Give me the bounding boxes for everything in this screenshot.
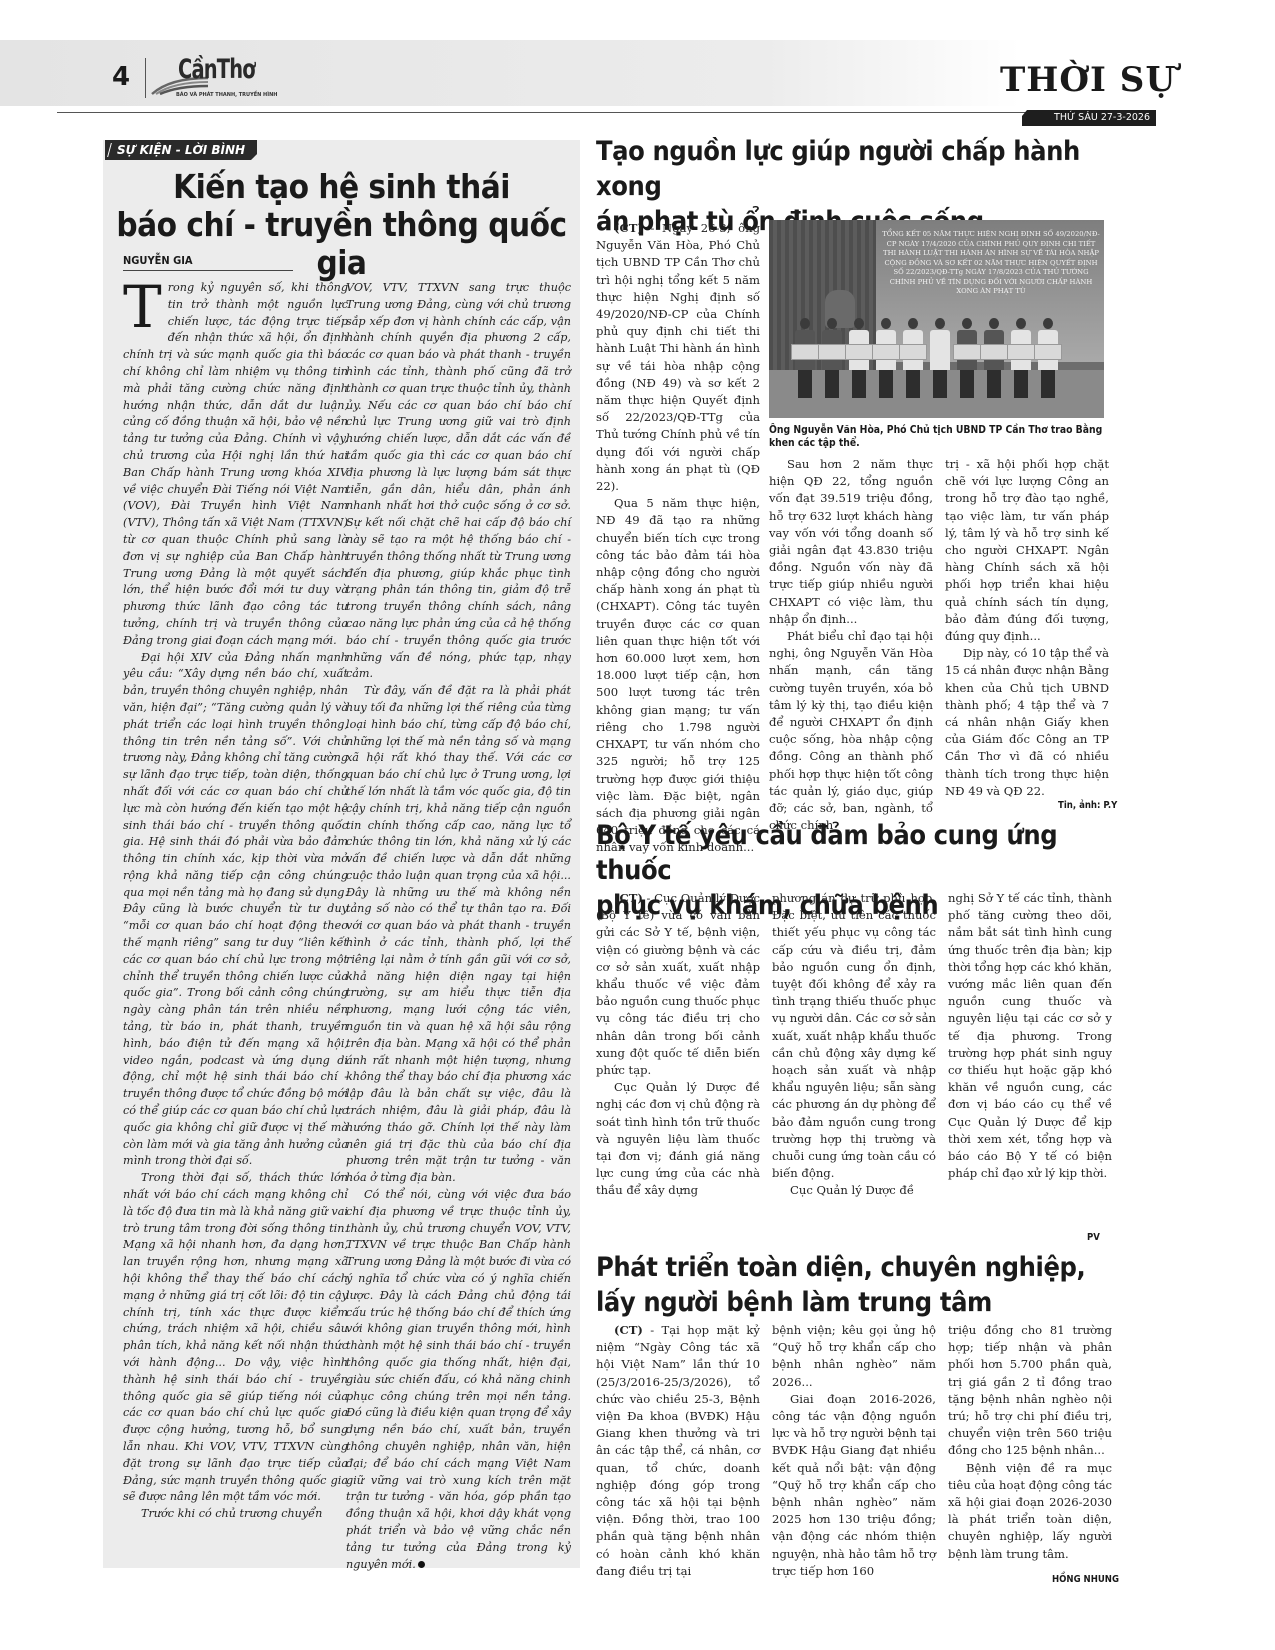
paragraph: Từ đây, vấn đề đặt ra là phải phát huy t… [346, 683, 571, 1187]
article-2-column-2: phương án dự trữ phù hợp. Đặc biệt, ưu t… [772, 890, 936, 1200]
photo-banner-text: TỔNG KẾT 05 NĂM THỰC HIỆN NGHỊ ĐỊNH SỐ 4… [881, 230, 1101, 297]
article-1-column-3: trị - xã hội phối hợp chặt chẽ với lực l… [945, 456, 1109, 800]
photo-person [822, 318, 842, 398]
date-badge: THỨ SÁU 27-3-2026 [1022, 110, 1156, 126]
photo-person [849, 318, 869, 398]
paragraph: (CT) - Ngày 26-3, ông Nguyễn Văn Hòa, Ph… [596, 220, 760, 495]
paragraph: Trước khi có chủ trương chuyển [123, 1506, 348, 1523]
photo-person [795, 318, 815, 398]
drop-cap: T [123, 283, 162, 331]
article-1-column-2: Sau hơn 2 năm thực hiện QĐ 22, tổng nguồ… [769, 456, 933, 834]
paragraph: (CT) - Cục Quản lý Dược (Bộ Y tế) vừa có… [596, 890, 760, 1079]
article-1-credit: Tin, ảnh: P.Y [1058, 800, 1117, 811]
photo-person [1038, 318, 1058, 398]
paragraph: Cục Quản lý Dược đề nghị các đơn vị chủ … [596, 1079, 760, 1199]
photo-person [984, 318, 1004, 398]
article-2-column-1: (CT) - Cục Quản lý Dược (Bộ Y tế) vừa có… [596, 890, 760, 1200]
logo-text: CầnThơ [178, 54, 255, 85]
header-rule [57, 112, 1117, 113]
header-divider [145, 58, 146, 98]
byline: NGUYỄN GIA [123, 254, 193, 267]
end-mark-icon [418, 1561, 425, 1568]
editorial-title-line-1: Kiến tạo hệ sinh thái [103, 168, 580, 206]
kicker-label: SỰ KIỆN - LỜI BÌNH [105, 140, 257, 160]
article-2-credit: PV [1087, 1232, 1100, 1243]
editorial-column-1: Trong kỷ nguyên số, khi thông tin trở th… [123, 280, 348, 1523]
editorial-article: SỰ KIỆN - LỜI BÌNH Kiến tạo hệ sinh thái… [103, 140, 580, 1568]
paragraph: Trong thời đại số, thách thức lớn nhất v… [123, 1170, 348, 1506]
paragraph: phương án dự trữ phù hợp. Đặc biệt, ưu t… [772, 890, 936, 1182]
paragraph: triệu đồng cho 81 trường hợp; tiếp nhận … [948, 1322, 1112, 1460]
paragraph: Qua 5 năm thực hiện, NĐ 49 đã tạo ra nhữ… [596, 495, 760, 856]
logo-subtitle: BÁO VÀ PHÁT THANH, TRUYỀN HÌNH [176, 92, 277, 98]
paragraph: nghị Sở Y tế các tỉnh, thành phố tăng cư… [948, 890, 1112, 1182]
paragraph: Phát biểu chỉ đạo tại hội nghị, ông Nguy… [769, 628, 933, 834]
paragraph: Đại hội XIV của Đảng nhấn mạnh yêu cầu: … [123, 650, 348, 1171]
paragraph: Giai đoạn 2016-2026, công tác vận động n… [772, 1391, 936, 1580]
photo-person [876, 318, 896, 398]
paragraph: Trong kỷ nguyên số, khi thông tin trở th… [123, 280, 348, 650]
photo-person [903, 318, 923, 398]
photo-person [930, 318, 950, 398]
article-3-title-line-1: Phát triển toàn diện, chuyên nghiệp, [596, 1250, 1116, 1285]
paragraph: Có thể nói, cùng với việc đưa báo chí đị… [346, 1187, 571, 1573]
paragraph: trị - xã hội phối hợp chặt chẽ với lực l… [945, 456, 1109, 645]
photo-person [957, 318, 977, 398]
section-title: THỜI SỰ [1000, 60, 1176, 100]
paragraph: (CT) - Tại họp mặt kỷ niệm “Ngày Công tá… [596, 1322, 760, 1580]
article-3-column-3: triệu đồng cho 81 trường hợp; tiếp nhận … [948, 1322, 1112, 1563]
newspaper-logo: CầnThơ BÁO VÀ PHÁT THANH, TRUYỀN HÌNH [150, 54, 290, 104]
paragraph: Cục Quản lý Dược đề [772, 1182, 936, 1199]
paragraph: VOV, VTV, TTXVN sang trực thuộc Trung ươ… [346, 280, 571, 683]
article-1-title-line-1: Tạo nguồn lực giúp người chấp hành xong [596, 134, 1116, 204]
editorial-column-2: VOV, VTV, TTXVN sang trực thuộc Trung ươ… [346, 280, 571, 1573]
article-3-column-2: bệnh viện; kêu gọi ủng hộ “Quỹ hỗ trợ kh… [772, 1322, 936, 1580]
article-3-column-1: (CT) - Tại họp mặt kỷ niệm “Ngày Công tá… [596, 1322, 760, 1580]
page-number: 4 [112, 62, 130, 92]
paragraph: Sau hơn 2 năm thực hiện QĐ 22, tổng nguồ… [769, 456, 933, 628]
paragraph: bệnh viện; kêu gọi ủng hộ “Quỹ hỗ trợ kh… [772, 1322, 936, 1391]
article-1-column-1: (CT) - Ngày 26-3, ông Nguyễn Văn Hòa, Ph… [596, 220, 760, 857]
photo-caption: Ông Nguyễn Văn Hòa, Phó Chủ tịch UBND TP… [769, 424, 1114, 450]
byline-rule [123, 270, 293, 271]
article-2-column-3: nghị Sở Y tế các tỉnh, thành phố tăng cư… [948, 890, 1112, 1182]
article-3-title: Phát triển toàn diện, chuyên nghiệp, lấy… [596, 1250, 1116, 1320]
paragraph: Bệnh viện đề ra mục tiêu của hoạt động c… [948, 1460, 1112, 1563]
paragraph: Dịp này, có 10 tập thể và 15 cá nhân đượ… [945, 645, 1109, 800]
article-3-credit: HỒNG NHUNG [1052, 1574, 1119, 1585]
article-2-title-line-1: Bộ Y tế yêu cầu đảm bảo cung ứng thuốc [596, 818, 1116, 888]
photo-person [1011, 318, 1031, 398]
article-1-photo: TỔNG KẾT 05 NĂM THỰC HIỆN NGHỊ ĐỊNH SỐ 4… [769, 220, 1104, 418]
article-3-title-line-2: lấy người bệnh làm trung tâm [596, 1285, 1116, 1320]
